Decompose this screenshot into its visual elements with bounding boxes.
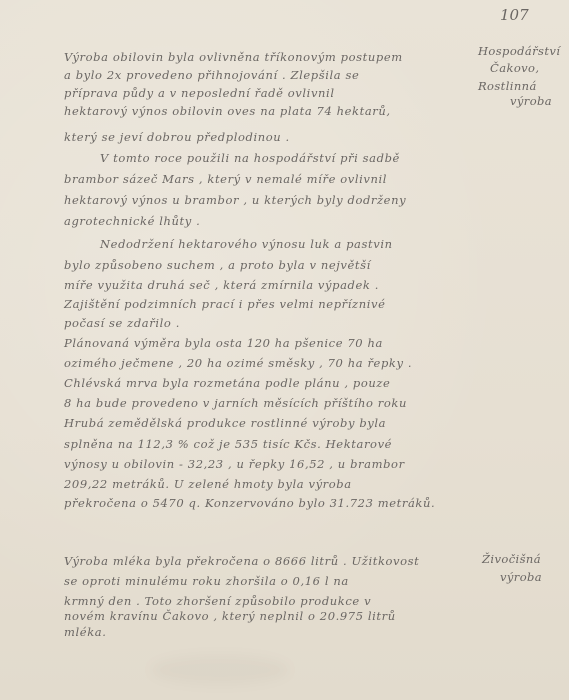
text-line: Hrubá zemědělská produkce rostlinné výro… <box>64 416 386 430</box>
page-number: 107 <box>500 6 529 24</box>
margin-note-line: Hospodářství <box>478 44 560 58</box>
text-line: mléka. <box>64 625 106 639</box>
text-line: který se jeví dobrou předplodinou . <box>64 130 290 144</box>
text-line: Nedodržení hektarového výnosu luk a past… <box>100 237 393 251</box>
text-line: hektarový výnos obilovin oves na plata 7… <box>64 104 391 118</box>
margin-note-line: Čakovo, <box>490 61 539 75</box>
text-line: agrotechnické lhůty . <box>64 214 200 228</box>
text-line: Výroba obilovin byla ovlivněna tříkonový… <box>64 50 403 64</box>
margin-note-line: výroba <box>510 94 552 108</box>
text-line: bylo způsobeno suchem , a proto byla v n… <box>64 258 371 272</box>
text-line: hektarový výnos u brambor , u kterých by… <box>64 193 406 207</box>
text-line: Zajištění podzimních prací i přes velmi … <box>64 297 386 311</box>
text-line: výnosy u obilovin - 32,23 , u řepky 16,5… <box>64 457 405 471</box>
text-line: krmný den . Toto zhoršení způsobilo prod… <box>64 594 371 608</box>
margin-note-line: Živočišná <box>482 552 541 566</box>
text-line: a bylo 2x provedeno přihnojování . Zlepš… <box>64 68 359 82</box>
text-line: příprava půdy a v neposlední řadě ovlivn… <box>64 86 335 100</box>
text-line: splněna na 112,3 % což je 535 tisíc Kčs.… <box>64 437 392 451</box>
handwritten-chronicle-page: 107 Hospodářství Čakovo, Rostlinná výrob… <box>0 0 569 700</box>
text-line: míře využita druhá seč , která zmírnila … <box>64 278 379 292</box>
text-line: 209,22 metráků. U zelené hmoty byla výro… <box>64 477 352 491</box>
margin-note-line: Rostlinná <box>478 79 537 93</box>
text-line: novém kravínu Čakovo , který neplnil o 2… <box>64 609 396 623</box>
text-line: se oproti minulému roku zhoršila o 0,16 … <box>64 574 349 588</box>
text-line: 8 ha bude provedeno v jarních měsících p… <box>64 396 407 410</box>
text-line: Chlévská mrva byla rozmetána podle plánu… <box>64 376 390 390</box>
text-line: brambor sázeč Mars , který v nemalé míře… <box>64 172 387 186</box>
text-line: Plánovaná výměra byla osta 120 ha pšenic… <box>64 336 383 350</box>
text-line: V tomto roce použili na hospodářství při… <box>100 151 400 165</box>
text-line: ozimého ječmene , 20 ha ozimé směsky , 7… <box>64 356 412 370</box>
text-line: Výroba mléka byla překročena o 8666 litr… <box>64 554 419 568</box>
text-line: počasí se zdařilo . <box>64 316 180 330</box>
margin-note-line: výroba <box>500 570 542 584</box>
paper-stain <box>150 655 290 685</box>
text-line: překročena o 5470 q. Konzervováno bylo 3… <box>64 496 435 510</box>
